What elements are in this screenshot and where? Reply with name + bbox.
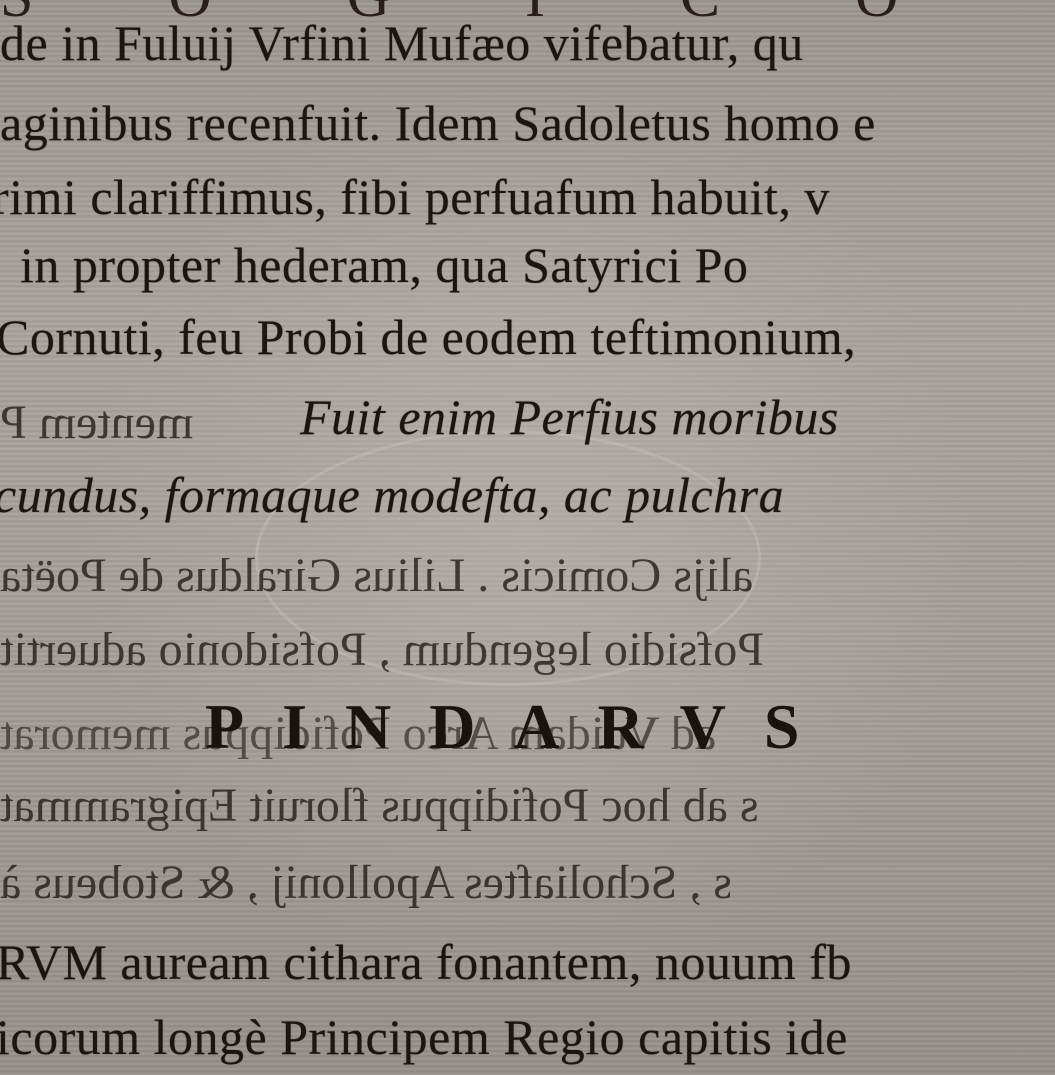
bleed-line-4: s ab hoc Pofidippus floruit Epigrammat (0, 778, 1055, 833)
text-line-6-italic: Fuit enim Perfius moribus (300, 388, 839, 446)
text-line-4: in propter hederam, qua Satyrici Po (20, 236, 748, 294)
text-line-5: Cornuti, feu Probi de eodem teftimonium, (0, 308, 856, 366)
mirrored-fragment-1: mentem P (0, 395, 300, 450)
book-page: S O G I C O de in Fuluij Vrfini Mufæo vi… (0, 0, 1055, 1075)
bleed-line-2: Pofsidio legendum , Pofsidonio aduertit (0, 622, 1055, 677)
section-title: PINDARVS (205, 690, 837, 764)
text-line-1: de in Fuluij Vrfini Mufæo vifebatur, qu (0, 14, 804, 72)
text-line-7-italic: cundus, formaque modefta, ac pulchra (0, 466, 784, 524)
text-line-3: rimi clariffimus, fibi perfuafum habuit,… (0, 168, 830, 226)
text-line-2: aginibus recenfuit. Idem Sadoletus homo … (0, 94, 876, 152)
bleed-line-1: alijs Comicis . Lilius Giraldus de Poëta (0, 548, 1055, 603)
text-line-8: RVM auream cithara fonantem, nouum fb (0, 933, 852, 991)
text-line-9: icorum longè Principem Regio capitis ide (0, 1008, 848, 1066)
bleed-line-5: s , Scholiaftes Apollonij , & Stobeus à (0, 855, 1055, 910)
